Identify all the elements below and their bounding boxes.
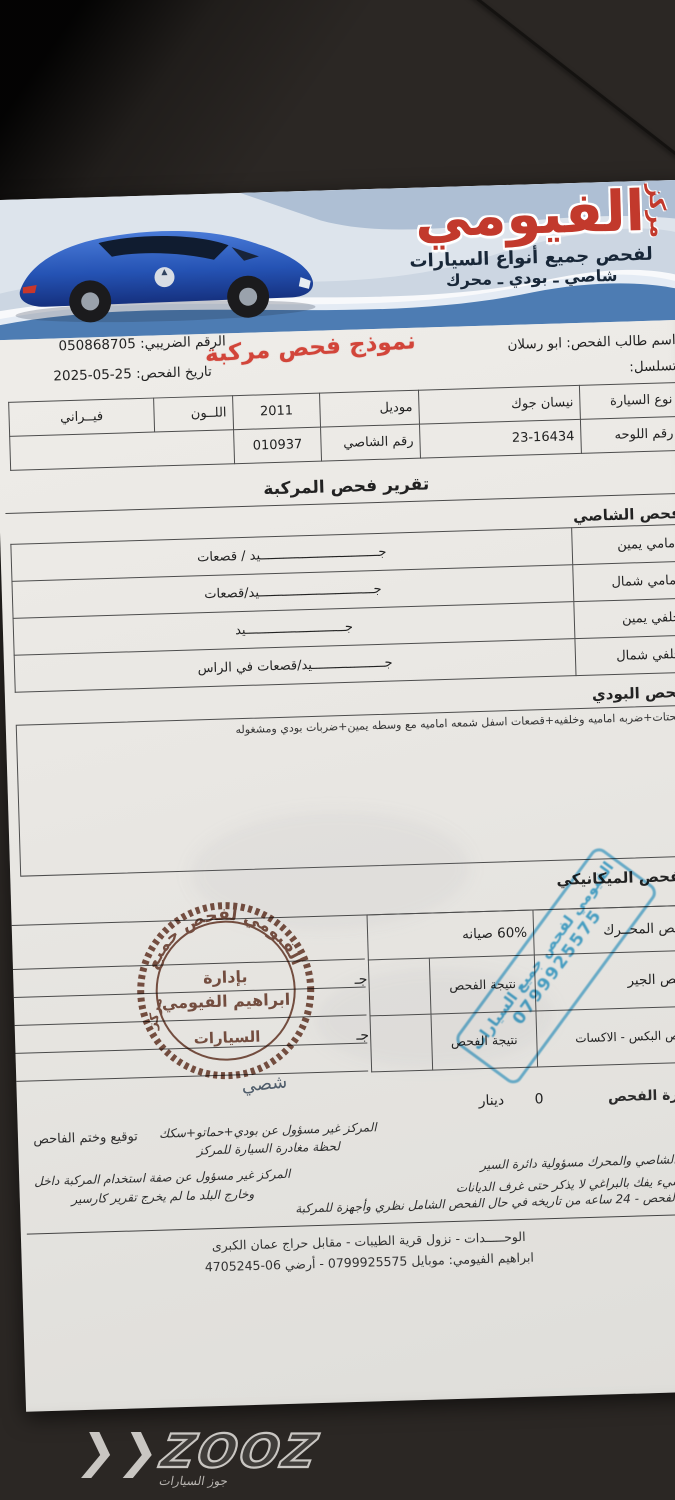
liability-note-2: المركز غير مسؤول عن صفة استخدام المركبة … [19, 1160, 306, 1212]
empty-cell [10, 430, 235, 471]
inspection-form-paper: الفيومي مركز لفحص جميع أنواع السيارات شا… [0, 180, 675, 1412]
requester-name: اسم طالب الفحص: ابو رسلان [507, 332, 675, 353]
handwritten-note: شصي [241, 1071, 289, 1096]
stamp-ring-text: الفيومي لفحص جميع [141, 902, 307, 972]
zooz-watermark: ❯❯ZOOZ جوز السيارات [72, 1424, 323, 1488]
brand-prefix: مركز [644, 184, 671, 239]
form-title: نموذج فحص مركبة [204, 328, 416, 368]
brand-name: الفيومي [379, 182, 675, 250]
inspection-date: تاريخ الفحص: 25-05-2025 [53, 364, 212, 385]
result-glyph: جـ [356, 1027, 369, 1043]
car-illustration [2, 194, 326, 333]
chassis-row-label: خلفي يمين [574, 598, 675, 638]
model-value: 2011 [233, 393, 321, 430]
model-label: موديل [320, 390, 420, 427]
spacer [383, 1108, 675, 1154]
stamp-side-text: مركز [145, 997, 166, 1032]
fee-currency: دينار [424, 1092, 504, 1110]
footer-contact-block: الوحـــــدات - نزول قرية الطيبات - مقابل… [21, 1220, 675, 1283]
vehicle-type-value: نيسان جوك [418, 385, 580, 424]
liability-note-1: المركز غير مسؤول عن بودي+حماتو+سكك لحظة … [153, 1118, 384, 1161]
plate-label: رقم اللوحه [580, 416, 675, 453]
stamp-center-line1: بإدارة [203, 967, 248, 987]
report-title: تقرير فحص المركبة [0, 467, 675, 508]
inspector-signature-label: توقيع وختم الفاحص [18, 1125, 154, 1165]
color-label: اللــون [154, 396, 234, 432]
zooz-logo-text: ZOOZ [157, 1424, 323, 1478]
chassis-row-label: خلفي شمال [575, 635, 675, 675]
empty-cell [368, 958, 431, 1016]
engine-check-value: 60% صيانه [367, 910, 534, 960]
chassis-number-value: 010937 [234, 427, 322, 464]
chevrons-icon: ❯❯ [74, 1424, 167, 1478]
stamp-bottom-text: السيارات [194, 1028, 261, 1048]
plate-value: 23-16434 [419, 419, 581, 458]
result-glyph: جـ [354, 971, 367, 987]
chassis-number-label: رقم الشاصي [321, 424, 421, 461]
color-value: فيــراني [9, 398, 155, 436]
notes-area: المركز غير مسؤول عن بودي+حماتو+سكك لحظة … [18, 1108, 675, 1224]
mechanical-inspection-area: جـ جـ فحص المحــرك 60% صيانه فحص الجير ن… [11, 888, 675, 1105]
chassis-row-label: أمامي شمال [573, 561, 675, 601]
brand-block: الفيومي مركز لفحص جميع أنواع السيارات شا… [379, 182, 675, 292]
zooz-logo: ❯❯ZOOZ [74, 1424, 324, 1478]
stamp-center-line2: ابراهيم الفيومي [162, 990, 291, 1014]
chassis-inspection-table: أمامي يمين جــــــــــــــــــــــــــــ… [10, 524, 675, 693]
svg-text:الفيومي لفحص جميع: الفيومي لفحص جميع [141, 902, 307, 972]
body-inspection-note: كحتات+ضربه اماميه وخلفيه+قصعات اسفل شمعه… [235, 710, 675, 736]
chassis-row-label: أمامي يمين [572, 524, 675, 564]
fee-label: أجرة الفحص [574, 1087, 675, 1107]
round-center-stamp: الفيومي لفحص جميع بإدارة ابراهيم الفيومي… [129, 894, 322, 1087]
serial-label: تسلسل: [629, 358, 675, 375]
empty-cell [370, 1014, 433, 1072]
header-banner: الفيومي مركز لفحص جميع أنواع السيارات شا… [0, 180, 675, 341]
vehicle-type-label: نوع السيارة [579, 382, 675, 419]
photo-of-inspection-form: { "colors":{"brand_red":"#c2392c","title… [0, 0, 675, 1500]
fee-amount: 0 [504, 1090, 574, 1108]
